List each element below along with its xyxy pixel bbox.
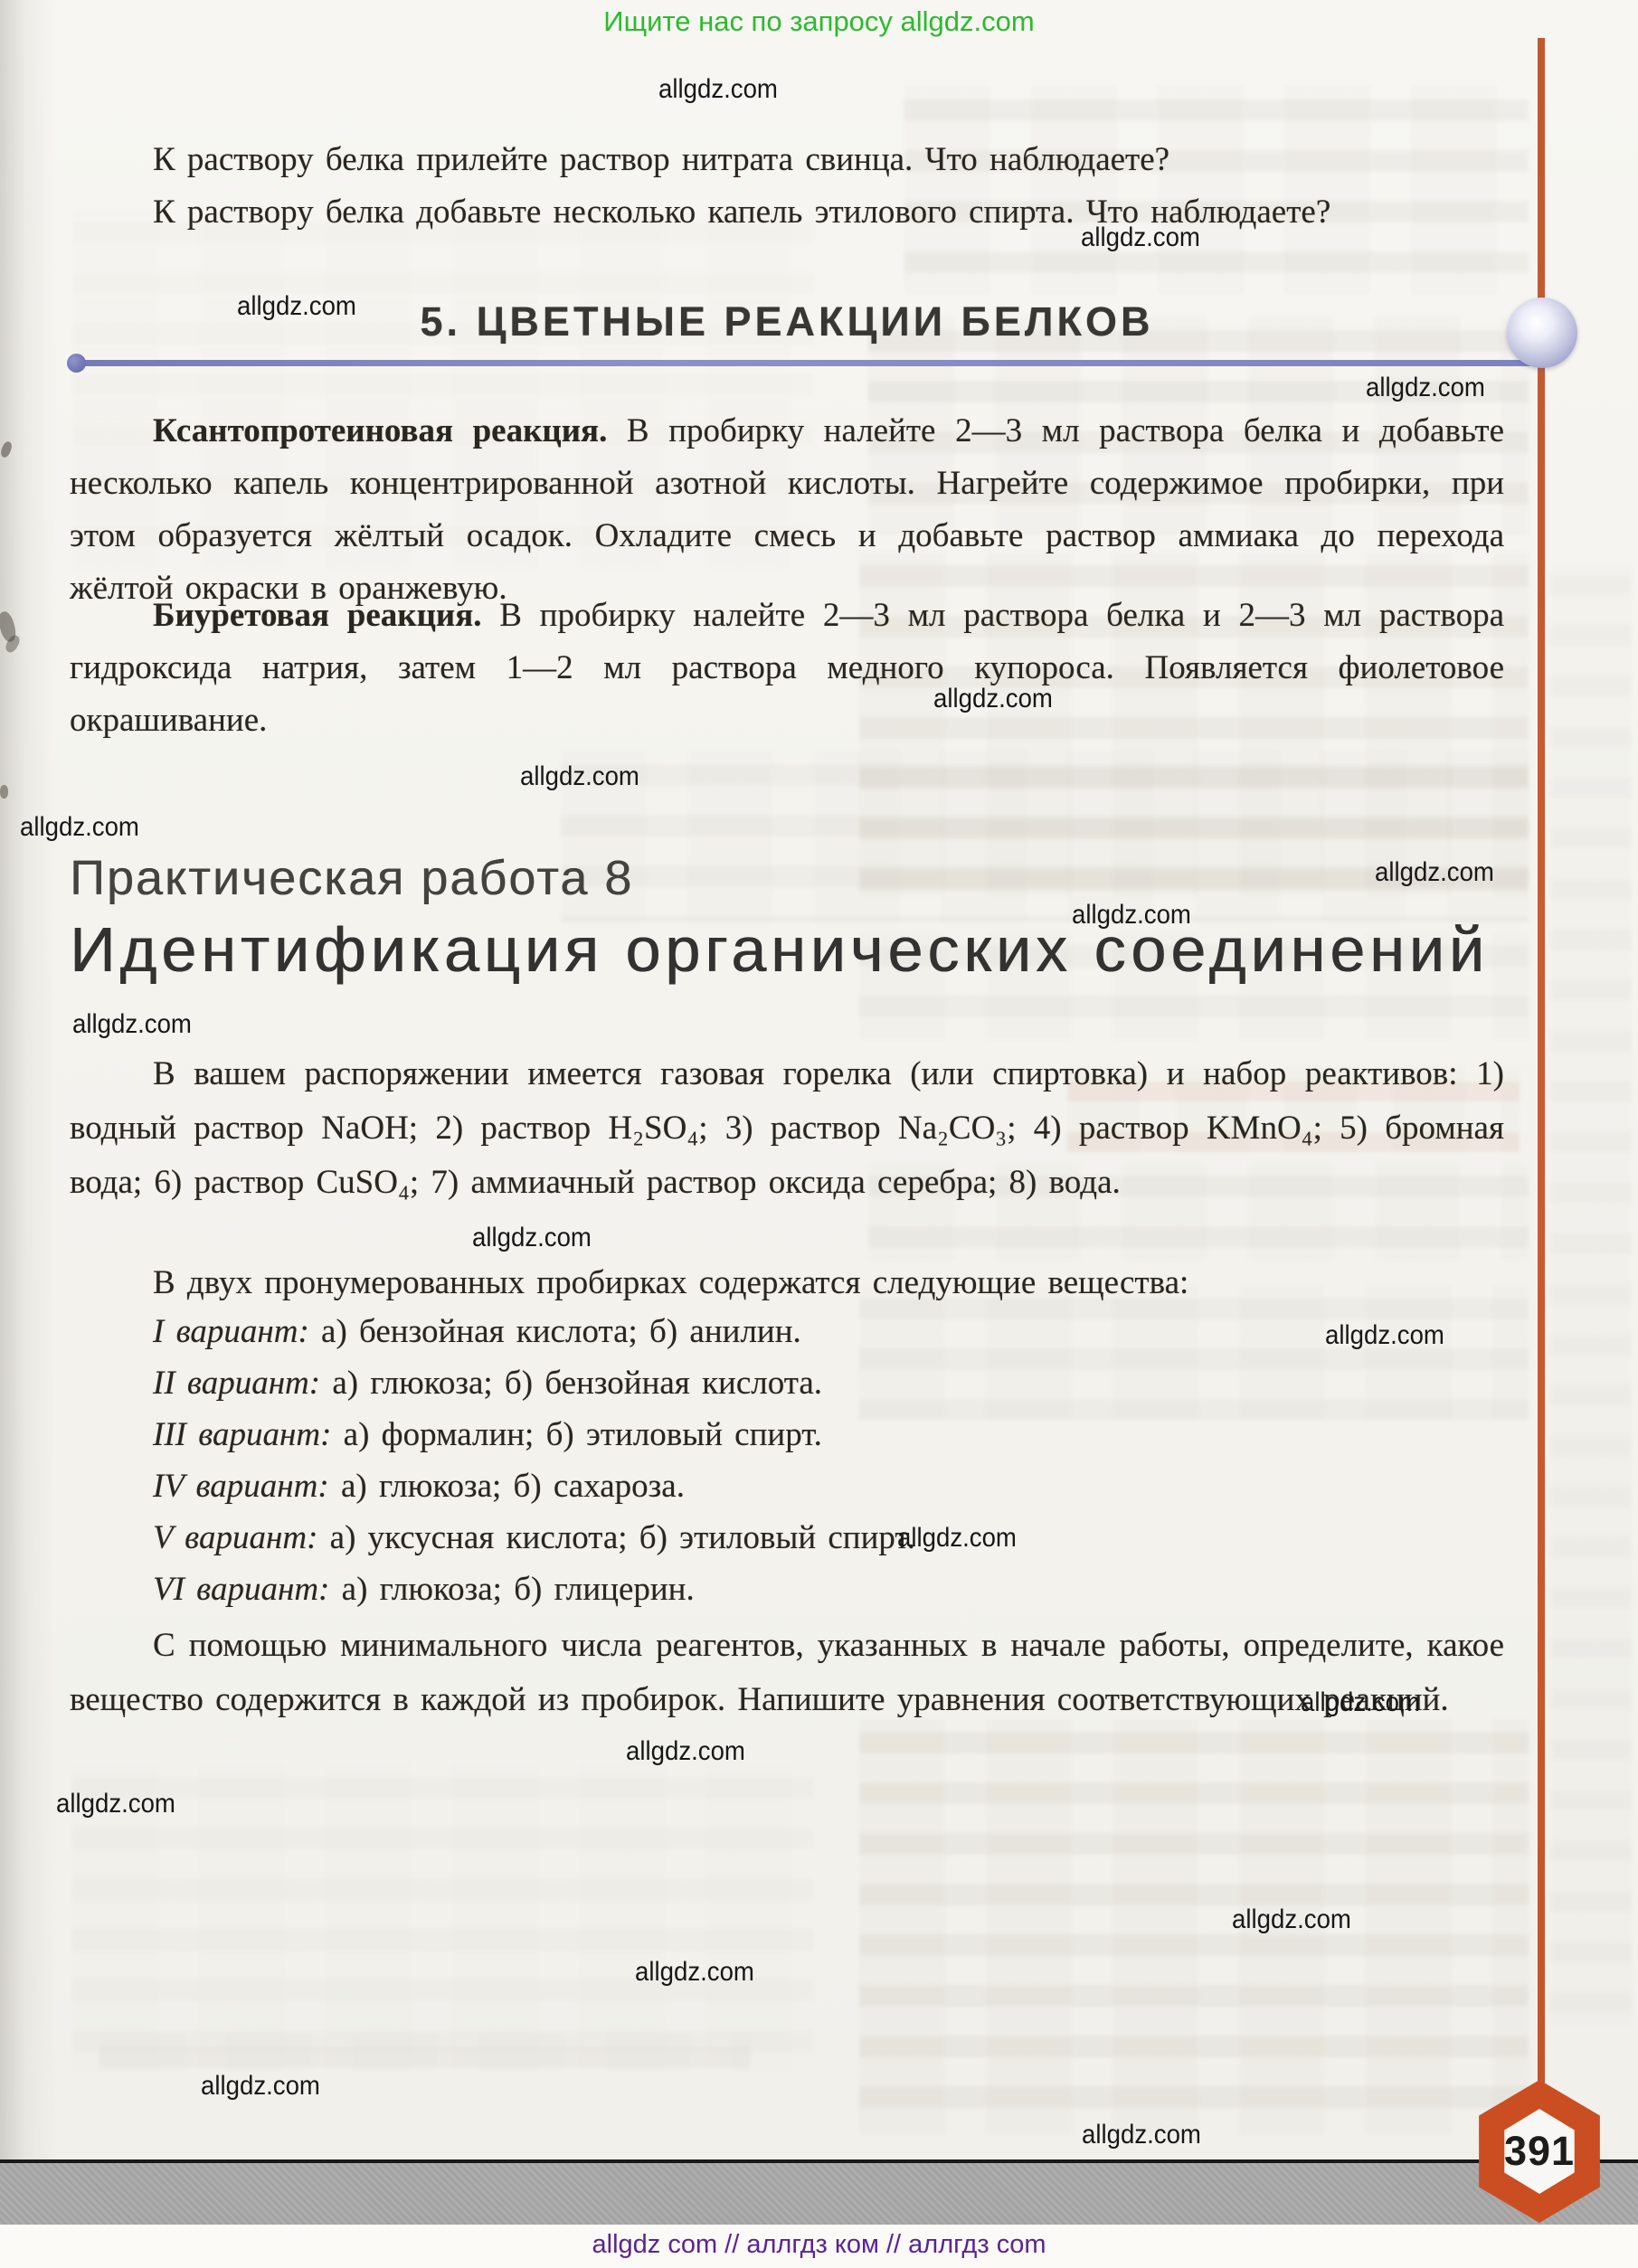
paragraph: С помощью минимального числа реагентов, … — [70, 1619, 1504, 1727]
variant-label: I вариант: — [153, 1313, 309, 1350]
practical-work-kicker: Практическая работа 8 — [70, 850, 633, 906]
task-intro: В двух пронумерованных пробирках содержа… — [70, 1257, 1504, 1309]
paragraph: Биуретовая реакция. В пробирку налейте 2… — [70, 590, 1504, 747]
paragraph: В вашем распоряжении имеется газовая гор… — [70, 1047, 1504, 1210]
variant-label: II вариант: — [153, 1365, 320, 1402]
page-number-hexagon-inner: 391 — [1500, 2109, 1579, 2194]
watermark: allgdz.com — [72, 1009, 192, 1040]
paragraph: К раствору белка прилейте раствор нитрат… — [70, 134, 1504, 186]
page-edge-band — [0, 2159, 1638, 2225]
watermark: allgdz.com — [472, 1223, 592, 1253]
bottom-banner: allgdz com // аллгдз ком // аллгдз com — [0, 2230, 1638, 2260]
paragraph: Ксантопротеиновая реакция. В пробирку на… — [70, 405, 1504, 615]
watermark: allgdz.com — [1232, 1904, 1351, 1935]
sphere-ornament — [1507, 298, 1577, 368]
variant-label: III вариант: — [153, 1416, 331, 1453]
page-gutter-shadow — [0, 0, 56, 2159]
watermark: allgdz.com — [520, 761, 639, 792]
variant-text: а) глюкоза; б) сахароза. — [341, 1468, 685, 1505]
protein-intro-block: К раствору белка прилейте раствор нитрат… — [70, 134, 1504, 239]
variant-item: IV вариант: а) глюкоза; б) сахароза. — [70, 1460, 1504, 1512]
paragraph-lead: Ксантопротеиновая реакция. — [153, 412, 607, 449]
watermark: allgdz.com — [1375, 857, 1494, 888]
watermark: allgdz.com — [635, 1957, 754, 1988]
variant-item: II вариант: а) глюкоза; б) бензойная кис… — [70, 1357, 1504, 1409]
bleed-through-text — [99, 2033, 751, 2071]
rule-end-dot — [67, 354, 86, 373]
top-banner: Ищите нас по запросу allgdz.com — [0, 5, 1638, 38]
watermark: allgdz.com — [1072, 900, 1191, 931]
watermark: allgdz.com — [1366, 373, 1485, 403]
watermark: allgdz.com — [20, 812, 139, 843]
variant-label: V вариант: — [153, 1519, 317, 1556]
watermark: allgdz.com — [1301, 1687, 1420, 1718]
reagents-paragraph: В вашем распоряжении имеется газовая гор… — [70, 1047, 1504, 1210]
paragraph-lead: Биуретовая реакция. — [153, 597, 482, 634]
bleed-through-text — [561, 751, 1529, 922]
paragraph: К раствору белка добавьте несколько капе… — [70, 186, 1504, 239]
variant-text: а) глюкоза; б) глицерин. — [342, 1571, 695, 1608]
scanned-textbook-page: Ищите нас по запросу allgdz.com allgdz.c… — [0, 0, 1638, 2268]
variant-text: а) бензойная кислота; б) анилин. — [321, 1313, 801, 1350]
variant-item: V вариант: а) уксусная кислота; б) этило… — [70, 1512, 1504, 1564]
variant-item: VI вариант: а) глюкоза; б) глицерин. — [70, 1564, 1504, 1615]
biuret-paragraph: Биуретовая реакция. В пробирку налейте 2… — [70, 590, 1504, 747]
watermark: allgdz.com — [1082, 2120, 1201, 2150]
variant-item: III вариант: а) формалин; б) этиловый сп… — [70, 1409, 1504, 1460]
variant-text: а) уксусная кислота; б) этиловый спирт. — [330, 1519, 915, 1556]
variant-label: IV вариант: — [153, 1468, 329, 1505]
variant-text: а) формалин; б) этиловый спирт. — [344, 1416, 822, 1453]
closing-paragraph: С помощью минимального числа реагентов, … — [70, 1619, 1504, 1727]
watermark: allgdz.com — [658, 74, 778, 105]
variant-label: VI вариант: — [153, 1571, 329, 1608]
paragraph: В двух пронумерованных пробирках содержа… — [70, 1257, 1504, 1309]
variant-text: а) глюкоза; б) бензойная кислота. — [332, 1365, 822, 1402]
page-number: 391 — [1504, 2128, 1575, 2175]
watermark: allgdz.com — [237, 291, 356, 322]
watermark: allgdz.com — [626, 1736, 745, 1767]
watermark: allgdz.com — [201, 2071, 320, 2102]
watermark: allgdz.com — [1081, 222, 1200, 253]
scan-speck — [0, 785, 8, 799]
xanthoproteic-paragraph: Ксантопротеиновая реакция. В пробирку на… — [70, 405, 1504, 615]
practical-work-title: Идентификация органических соединений — [70, 913, 1489, 986]
watermark: allgdz.com — [897, 1523, 1017, 1554]
bleed-through-text — [1550, 561, 1632, 2026]
variants-list: I вариант: а) бензойная кислота; б) анил… — [70, 1306, 1504, 1615]
decorative-rule — [80, 360, 1538, 366]
watermark: allgdz.com — [933, 684, 1053, 714]
watermark: allgdz.com — [1325, 1320, 1444, 1351]
watermark: allgdz.com — [56, 1789, 175, 1819]
variant-item: I вариант: а) бензойная кислота; б) анил… — [70, 1306, 1504, 1357]
bleed-through-text — [72, 1763, 814, 2071]
bleed-through-text — [859, 1718, 1529, 2134]
